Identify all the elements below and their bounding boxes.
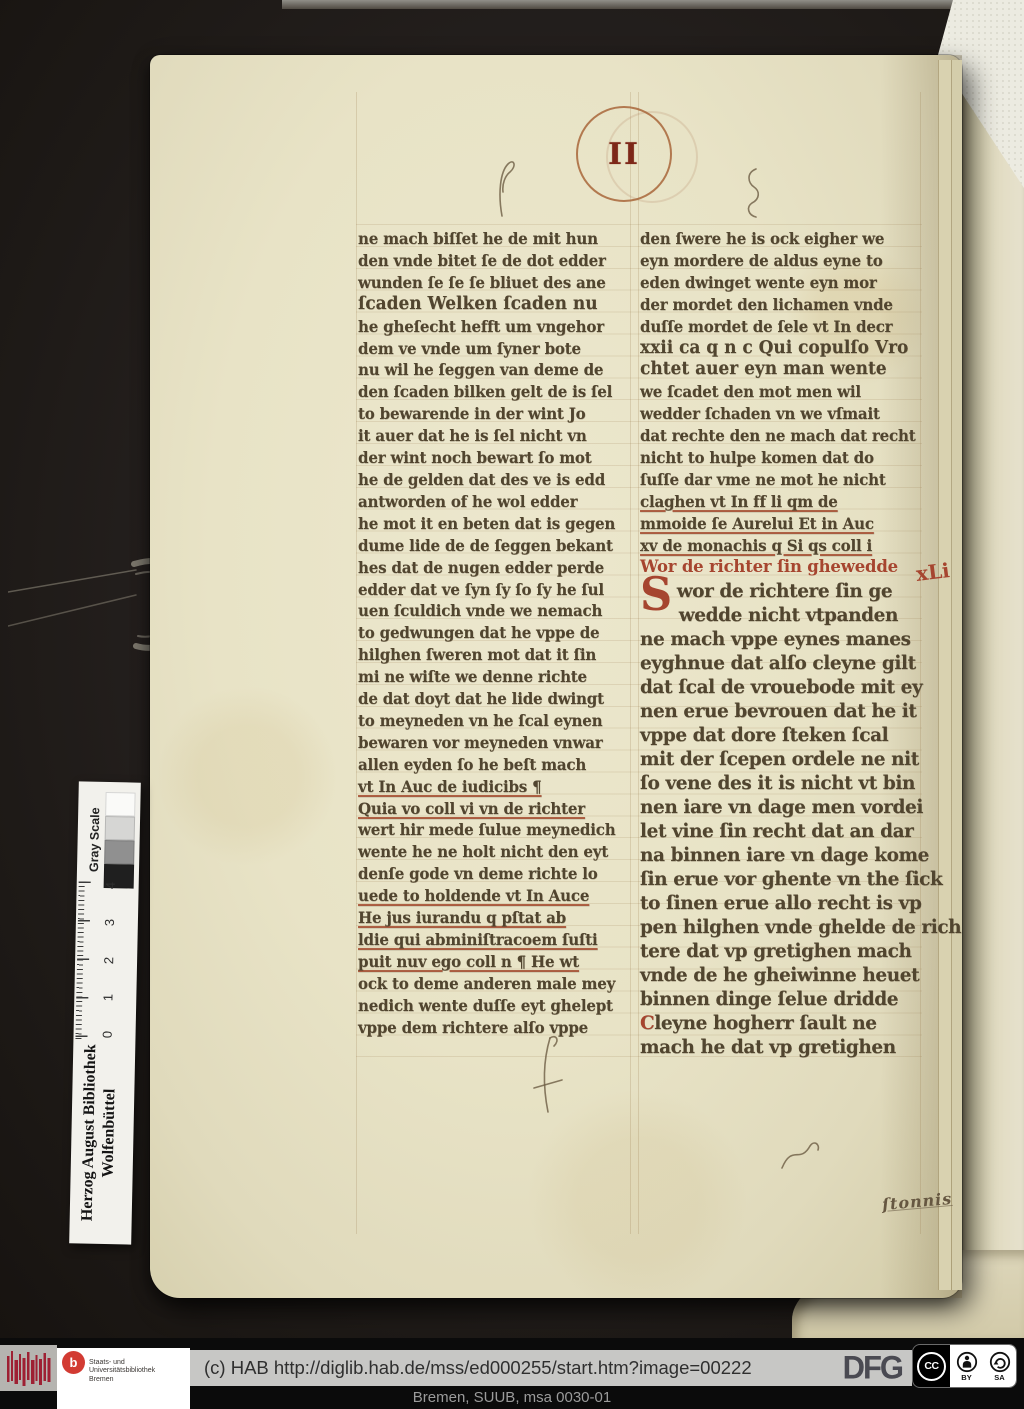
bremen-logo-text-line: Bremen — [89, 1376, 155, 1384]
manuscript-text-line: ldie qui abminiſtracoem ſuſti — [358, 929, 622, 951]
bremen-logo-text-line: Staats- und — [89, 1359, 155, 1367]
manuscript-text-line: der wint noch bewart ſo mot — [358, 447, 622, 469]
manuscript-text-line: let vine ſin recht dat an dar — [640, 819, 914, 843]
red-bars-icon — [6, 1348, 52, 1388]
manuscript-text-line: we ſcadet den mot men wil — [640, 381, 914, 403]
manuscript-text-line: edder dat ve ſyn ſy ſo ſy he ſul — [358, 579, 622, 601]
manuscript-text-line: vt In Auc de iudicibs ¶ — [358, 776, 622, 798]
manuscript-text-line: to meyneden vn he ſcal eynen — [358, 710, 622, 732]
manuscript-text-line: dume lide de de ſeggen bekant — [358, 535, 622, 557]
manuscript-text-line: den ſwere he is ock eigher we — [640, 228, 914, 250]
cc-icon: CC — [917, 1352, 946, 1381]
manuscript-text-line: allen eyden ſo he beſt mach — [358, 754, 622, 776]
manuscript-text-line: den ſcaden bilken gelt de is ſel — [358, 381, 622, 403]
manuscript-text-line: xxii ca q n c Qui copulſo Vro — [640, 338, 914, 360]
grayscale-patches — [104, 792, 136, 889]
grayscale-patch — [105, 792, 135, 817]
manuscript-text-line: to bewarende in der wint Jo — [358, 403, 622, 425]
manuscript-text-line: eden dwinget wente eyn mor — [640, 272, 914, 294]
cc-badge-right: BY SA — [950, 1345, 1016, 1387]
ruler-number: 2 — [101, 956, 116, 964]
grayscale-ruler: Gray Scale 43210 Herzog August Bibliothe… — [69, 781, 141, 1244]
facing-page-edge — [960, 18, 1024, 1338]
manuscript-text-line: nu wil he ſeggen van deme de — [358, 359, 622, 381]
dfg-logo: DFG — [843, 1349, 902, 1387]
manuscript-text-line: dat ſcal de vrouebode mit ey — [640, 675, 914, 699]
folio-number-circle: II — [576, 106, 672, 202]
manuscript-text-line: ſuſſe dar vme ne mot he nicht — [640, 469, 914, 491]
cc-sa-item: SA — [989, 1351, 1011, 1382]
photo-backdrop: II ne mach biſſet he de mit hunden vnde … — [0, 0, 1024, 1338]
manuscript-text-line: nen iare vn dage men vordei — [640, 795, 914, 819]
grayscale-patch — [105, 816, 135, 841]
cc-by-person-icon — [956, 1351, 978, 1373]
cc-by-item: BY — [956, 1351, 978, 1382]
manuscript-text-line: nicht to hulpe komen dat do — [640, 447, 914, 469]
manuscript-text-line: chtet auer eyn man wente — [640, 359, 914, 381]
cc-sa-arrow-icon — [989, 1351, 1011, 1373]
manuscript-text-line: dat rechte den ne mach dat recht — [640, 425, 914, 447]
manuscript-text-line: nen erue bevrouen dat he it — [640, 699, 914, 723]
manuscript-text-line: mi ne wiſte we denne richte — [358, 666, 622, 688]
digitized-manuscript-photo: II ne mach biſſet he de mit hunden vnde … — [0, 0, 1024, 1409]
manuscript-column-right: den ſwere he is ock eigher weeyn mordere… — [640, 228, 914, 1059]
manuscript-text-line: antworden of he wol edder — [358, 491, 622, 513]
manuscript-text-line: pen hilghen vnde ghelde de rich — [640, 915, 914, 939]
manuscript-text-line: eyn mordere de aldus eyne to — [640, 250, 914, 272]
manuscript-column-left: ne mach biſſet he de mit hunden vnde bit… — [358, 228, 622, 1039]
page-stack-edge — [938, 60, 962, 1290]
flourish-mark-icon — [524, 1032, 568, 1118]
manuscript-text-line: wente he ne holt nicht den eyt — [358, 841, 622, 863]
ruler-ticks — [75, 881, 90, 1039]
manuscript-text-line: nedich wente duſſe eyt ghelept — [358, 995, 622, 1017]
suub-barcode-logo-icon — [0, 1345, 57, 1391]
manuscript-text-line: tere dat vp gretighen mach — [640, 939, 914, 963]
grayscale-patch — [104, 840, 134, 865]
ruler-number: 4 — [103, 882, 118, 890]
manuscript-text-line: hes dat de nugen edder perde — [358, 557, 622, 579]
folio-numeral: II — [608, 137, 640, 172]
manuscript-text-line: dem ve vnde um ſyner bote — [358, 338, 622, 360]
ruler-number: 1 — [100, 994, 115, 1002]
manuscript-text-line: wert hir mede ſulue meynedich — [358, 819, 622, 841]
manuscript-text-line: den vnde bitet ſe de dot edder — [358, 250, 622, 272]
manuscript-text-line: denſe gode vn deme richte lo — [358, 863, 622, 885]
manuscript-text-line: mit der ſcepen ordele ne nit — [640, 747, 914, 771]
ruler-numbers: 43210 — [103, 878, 114, 1042]
chapter-number-margin: xLi — [915, 558, 951, 586]
bremen-b-icon: b — [62, 1351, 85, 1374]
bremen-logo-text: Staats- undUniversitätsbibliothekBremen — [89, 1359, 155, 1384]
manuscript-text-line: wedder ſchaden vn we vſmait — [640, 403, 914, 425]
cc-sa-label: SA — [994, 1374, 1004, 1382]
manuscript-text-line: vppe dat dore ſteken ſcal — [640, 723, 914, 747]
manuscript-text-line: vppe dem richtere alſo vppe — [358, 1017, 622, 1039]
manuscript-text-line: ſin erue vor ghente vn the ſick — [640, 867, 914, 891]
library-name: Herzog August Bibliothek Wolfenbüttel — [77, 1026, 127, 1241]
manuscript-text-line: it auer dat he is ſel nicht vn — [358, 425, 622, 447]
footer-bar: b Staats- undUniversitätsbibliothekBreme… — [0, 1338, 1024, 1409]
manuscript-text-line: mach he dat vp gretighen — [640, 1035, 914, 1059]
source-url-text: (c) HAB http://diglib.hab.de/mss/ed00025… — [190, 1357, 752, 1379]
manuscript-text-line: hilghen ſweren mot dat it ſin — [358, 644, 622, 666]
manuscript-text-line: xv de monachis q Si qs coll i — [640, 535, 914, 557]
shelfmark: Bremen, SUUB, msa 0030-01 — [0, 1389, 1024, 1406]
manuscript-text-line: wedde nicht vtpanden — [640, 603, 914, 627]
cc-badge-left: CC — [913, 1345, 950, 1387]
manuscript-text-line: duſſe mordet de ſele vt In decr — [640, 316, 914, 338]
manuscript-text-line: Cleyne hogherr ſault ne — [640, 1011, 914, 1035]
cc-license-badge: CC BY SA — [912, 1344, 1017, 1388]
manuscript-text-line: vnde de he gheiwinne heuet — [640, 963, 914, 987]
frame-line — [920, 92, 921, 1234]
manuscript-text-line: der mordet den lichamen vnde — [640, 294, 914, 316]
copyright-strip: (c) HAB http://diglib.hab.de/mss/ed00025… — [190, 1350, 912, 1386]
frame-line — [630, 92, 631, 1234]
manuscript-text-line: bewaren vor meyneden vnwar — [358, 732, 622, 754]
bremen-logo-text-line: Universitätsbibliothek — [89, 1367, 155, 1375]
manuscript-text-line: de dat doyt dat he lide dwingt — [358, 688, 622, 710]
frame-line — [638, 92, 639, 1234]
manuscript-text-line: ſcaden Welken ſcaden nu — [358, 294, 622, 316]
manuscript-text-line: ock to deme anderen male mey — [358, 973, 622, 995]
section-mark-icon — [740, 165, 768, 221]
manuscript-text-line: claghen vt In ff li qm de — [640, 491, 914, 513]
manuscript-text-line: He jus iurandu q pſtat ab — [358, 907, 622, 929]
cc-by-label: BY — [961, 1374, 971, 1382]
manuscript-text-line: ne mach vppe eynes manes — [640, 627, 914, 651]
manuscript-text-line: he de gelden dat des ve is edd — [358, 469, 622, 491]
frame-line — [356, 92, 357, 1234]
manuscript-text-line: he mot it en beten dat is gegen — [358, 513, 622, 535]
table-edge-highlight — [282, 0, 1024, 9]
manuscript-text-line: ne mach biſſet he de mit hun — [358, 228, 622, 250]
manuscript-text-line: to gedwungen dat he vppe de — [358, 622, 622, 644]
gray-scale-label: Gray Scale — [87, 794, 105, 886]
flourish-mark-icon — [778, 1136, 826, 1178]
manuscript-text-line: Wor de richter ſin ghewedde — [640, 557, 914, 579]
manuscript-text-line: Swor de richtere ſin ge — [640, 579, 914, 603]
manuscript-text-line: na binnen iare vn dage kome — [640, 843, 914, 867]
manuscript-text-line: mmoide ſe Aurelui Et in Auc — [640, 513, 914, 535]
pen-trial-mark-icon — [488, 158, 524, 222]
manuscript-text-line: he gheſecht hefft um vngehor — [358, 316, 622, 338]
manuscript-text-line: puit nuv ego coll n ¶ He wt — [358, 951, 622, 973]
manuscript-text-line: eyghnue dat alſo cleyne gilt — [640, 651, 914, 675]
manuscript-text-line: uede to holdende vt In Auce — [358, 885, 622, 907]
manuscript-text-line: to ſinen erue allo recht is vp — [640, 891, 914, 915]
manuscript-text-line: uen ſculdich vnde we nemach — [358, 600, 622, 622]
manuscript-text-line: binnen dinge ſelue dridde — [640, 987, 914, 1011]
ruler-number: 3 — [102, 919, 117, 927]
manuscript-text-line: wunden ſe ſe ſe bliuet des ane — [358, 272, 622, 294]
manuscript-text-line: Quia vo coll vi vn de richter — [358, 798, 622, 820]
manuscript-text-line: ſo vene des it is nicht vt bin — [640, 771, 914, 795]
